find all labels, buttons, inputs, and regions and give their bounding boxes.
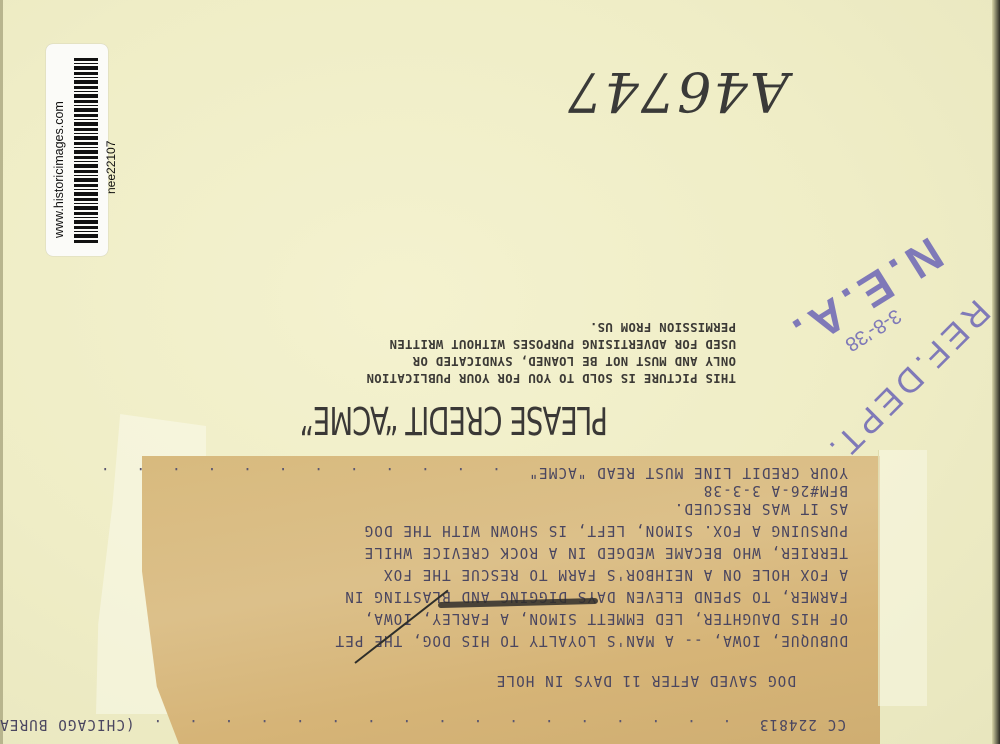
usage-notice: THIS PICTURE IS SOLD TO YOU FOR YOUR PUB… <box>196 318 736 386</box>
caption-credit-line: YOUR CREDIT LINE MUST READ "ACME" <box>528 464 848 482</box>
caption-bureau: (CHICAGO BUREAU) <box>0 716 135 734</box>
caption-body-line: TERRIER, WHO BECAME WEDGED IN A ROCK CRE… <box>364 544 848 562</box>
notice-line: THIS PICTURE IS SOLD TO YOU FOR YOUR PUB… <box>196 369 736 386</box>
barcode-sticker: www.historicimages.com nee22107 <box>46 44 108 256</box>
caption-body-line: PURSUING A FOX. SIMON, LEFT, IS SHOWN WI… <box>364 522 848 540</box>
caption-header: CC 224813 <box>759 716 846 734</box>
photo-back: www.historicimages.com nee22107 A46747 T… <box>0 0 1000 744</box>
tape-right <box>878 450 927 706</box>
caption-ref: BFM#26-A 3-3-38 <box>703 482 848 500</box>
please-credit-stamp: PLEASE CREDIT “ACME” <box>300 398 607 442</box>
handwritten-number: A46747 <box>560 56 795 126</box>
caption-body-line: A FOX HOLE ON A NEIHBOR'S FARM TO RESCUE… <box>383 566 848 584</box>
caption-headline: DOG SAVED AFTER 11 DAYS IN HOLE <box>496 672 796 690</box>
caption-body-line: OF HIS DAUGHTER, LED EMMETT SIMON, A FAR… <box>364 610 848 628</box>
sticker-code: nee22107 <box>104 141 118 194</box>
caption-body-line: DUBUQUE, IOWA, -- A MAN'S LOYALTY TO HIS… <box>334 632 848 650</box>
right-edge-shadow <box>992 0 1000 744</box>
notice-line: ONLY AND MUST NOT BE LOANED, SYNDICATED … <box>196 352 736 369</box>
barcode-icon <box>74 58 98 244</box>
dot-leader: . . . . . . . . . . . . <box>92 464 519 482</box>
notice-line: USED FOR ADVERTISING PURPOSES WITHOUT WR… <box>196 335 736 352</box>
notice-line: PERMISSION FROM US. <box>196 318 736 335</box>
sticker-url: www.historicimages.com <box>52 101 66 238</box>
left-edge <box>0 0 3 744</box>
dot-leader: . . . . . . . . . . . . . . . . . <box>144 716 749 734</box>
caption-body-line: AS IT WAS RESCUED. <box>674 500 848 518</box>
